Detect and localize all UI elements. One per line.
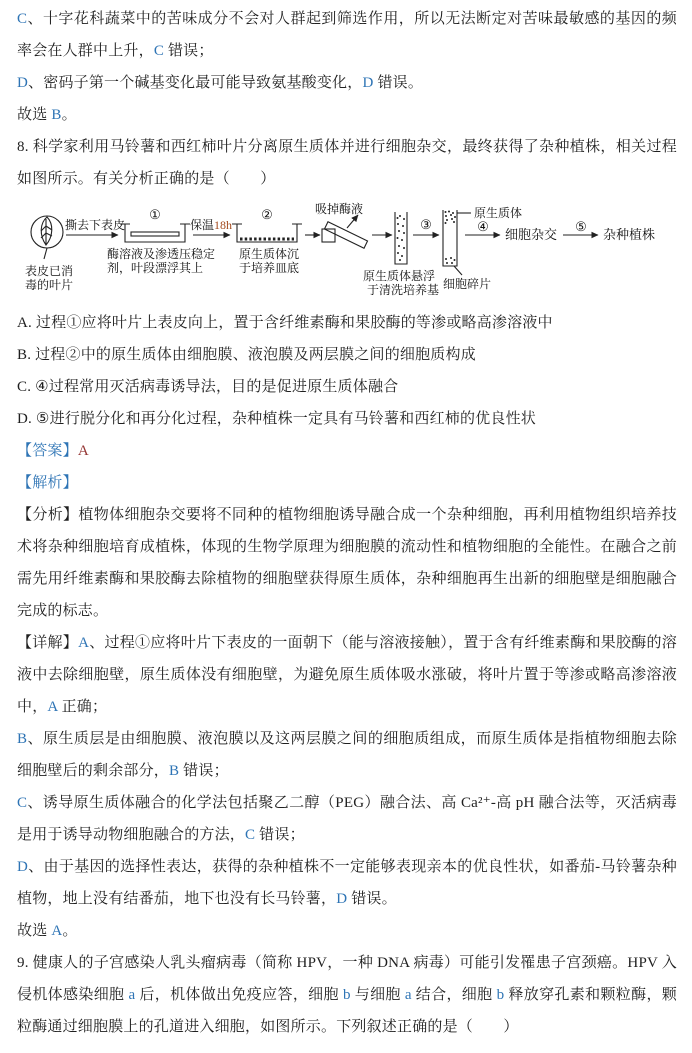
text-segment: a bbox=[405, 987, 412, 1003]
step5-circle-number: ⑤ bbox=[575, 219, 587, 234]
option-a: A. 过程①应将叶片上表皮向上，置于含纤维素酶和果胶酶的等渗或略高渗溶液中 bbox=[17, 307, 677, 339]
text-segment: C bbox=[17, 11, 27, 27]
step3-circle-number: ③ bbox=[420, 217, 432, 232]
tube1-caption-line2: 于清洗培养基 bbox=[367, 282, 439, 297]
aspirate-label: 吸掉酶液 bbox=[315, 202, 363, 216]
leaf-label-line1: 表皮已消 bbox=[25, 263, 73, 278]
tear-label: 撕去下表皮 bbox=[65, 217, 125, 232]
text-segment: 。 bbox=[62, 923, 77, 939]
text-segment: C. ④过程常用灭活病毒诱导法，目的是促进原生质体融合 bbox=[17, 379, 398, 395]
text-segment: D bbox=[336, 891, 347, 907]
text-segment: 、十字花科蔬菜中的苦味成分不会对人群起到筛选作用，所以无法断定对苦味最敏感的基因… bbox=[17, 11, 677, 59]
conclusion-q8: 故选 A。 bbox=[17, 915, 677, 947]
text-segment: B bbox=[51, 107, 61, 123]
text-segment: 错误； bbox=[255, 827, 305, 843]
text-segment: 8. 科学家利用马铃薯和西红柿叶片分离原生质体并进行细胞杂交，最终获得了杂种植株… bbox=[17, 139, 677, 187]
text-segment: 结合，细胞 bbox=[412, 987, 497, 1003]
question-9-stem: 9. 健康人的子宫感染人乳头瘤病毒（简称 HPV，一种 DNA 病毒）可能引发罹… bbox=[17, 947, 677, 1043]
text-segment: 正确； bbox=[58, 699, 108, 715]
text-segment: 、过程①应将叶片下表皮的一面朝下（能与溶液接触），置于含有纤维素酶和果胶酶的溶液… bbox=[17, 635, 677, 715]
dish2-caption-line2: 于培养皿底 bbox=[239, 260, 299, 275]
text-segment: C bbox=[154, 43, 164, 59]
text-segment: D bbox=[362, 75, 373, 91]
dish2-caption-line1: 原生质体沉 bbox=[239, 246, 299, 261]
step2-circle-number: ② bbox=[261, 207, 273, 222]
dish1-caption-line2: 剂，叶段漂浮其上 bbox=[107, 260, 203, 275]
text-segment: A. 过程①应将叶片上表皮向上，置于含纤维素酶和果胶酶的等渗或略高渗溶液中 bbox=[17, 315, 553, 331]
text-segment: 【答案】 bbox=[17, 443, 78, 459]
option-b: B. 过程②中的原生质体由细胞膜、液泡膜及两层膜之间的细胞质构成 bbox=[17, 339, 677, 371]
text-segment: b bbox=[343, 987, 351, 1003]
text-segment: 后，机体做出免疫应答，细胞 bbox=[135, 987, 343, 1003]
jiexi-label-line: 【解析】 bbox=[17, 467, 677, 499]
step4-circle-number: ④ bbox=[477, 219, 489, 234]
protoplast-label: 原生质体 bbox=[474, 205, 522, 220]
hybrid-label: 杂种植株 bbox=[603, 227, 655, 242]
text-segment: 、诱导原生质体融合的化学法包括聚乙二醇（PEG）融合法、高 Ca²⁺-高 pH … bbox=[17, 795, 677, 843]
tube1-caption-line1: 原生质体悬浮 bbox=[363, 268, 435, 283]
xiangjie-paragraph-a: 【详解】A、过程①应将叶片下表皮的一面朝下（能与溶液接触），置于含有纤维素酶和果… bbox=[17, 627, 677, 723]
text-segment: 错误； bbox=[164, 43, 214, 59]
dish2-icon bbox=[232, 224, 302, 242]
text-segment: 【详解】 bbox=[17, 635, 78, 651]
question-8-stem: 8. 科学家利用马铃薯和西红柿叶片分离原生质体并进行细胞杂交，最终获得了杂种植株… bbox=[17, 131, 677, 195]
xiangjie-paragraph-d: D、由于基因的选择性表达，获得的杂种植株不一定能够表现亲本的优良性状，如番茄-马… bbox=[17, 851, 677, 915]
tilted-dish-icon bbox=[322, 215, 368, 248]
text-segment: A bbox=[47, 699, 57, 715]
dish1-icon bbox=[120, 224, 190, 242]
xiangjie-paragraph-b: B、原生质层是由细胞膜、液泡膜以及这两层膜之间的细胞质组成，而原生质体是指植物细… bbox=[17, 723, 677, 787]
text-segment: 与细胞 bbox=[351, 987, 405, 1003]
text-segment: 错误。 bbox=[347, 891, 397, 907]
fenxi-paragraph: 【分析】植物体细胞杂交要将不同种的植物细胞诱导融合成一个杂种细胞，再利用植物组织… bbox=[17, 499, 677, 627]
fusion-label: 细胞杂交 bbox=[505, 227, 557, 242]
text-segment: A bbox=[51, 923, 62, 939]
text-segment: 【解析】 bbox=[17, 475, 78, 491]
debris-label: 细胞碎片 bbox=[443, 276, 491, 291]
leaf-label-line2: 毒的叶片 bbox=[25, 277, 73, 292]
analysis-line-d: D、密码子第一个碱基变化最可能导致氨基酸变化，D 错误。 bbox=[17, 67, 677, 99]
text-segment: A bbox=[78, 635, 89, 651]
leaf-icon bbox=[31, 216, 63, 259]
text-segment: 【分析】植物体细胞杂交要将不同种的植物细胞诱导融合成一个杂种细胞，再利用植物组织… bbox=[17, 507, 677, 619]
text-segment: D bbox=[17, 859, 28, 875]
text-segment: 。 bbox=[62, 107, 77, 123]
text-segment: 故选 bbox=[17, 923, 51, 939]
text-segment: B bbox=[169, 763, 179, 779]
conclusion-q7: 故选 B。 bbox=[17, 99, 677, 131]
text-segment: C bbox=[245, 827, 255, 843]
answer-line: 【答案】A bbox=[17, 435, 677, 467]
text-segment: 故选 bbox=[17, 107, 51, 123]
option-d: D. ⑤进行脱分化和再分化过程，杂种植株一定具有马铃薯和西红柿的优良性状 bbox=[17, 403, 677, 435]
option-c: C. ④过程常用灭活病毒诱导法，目的是促进原生质体融合 bbox=[17, 371, 677, 403]
text-segment: B bbox=[17, 731, 27, 747]
text-segment: D bbox=[17, 75, 28, 91]
text-segment: 、密码子第一个碱基变化最可能导致氨基酸变化， bbox=[28, 75, 362, 91]
text-segment: D. ⑤进行脱分化和再分化过程，杂种植株一定具有马铃薯和西红柿的优良性状 bbox=[17, 411, 536, 427]
text-segment: 错误。 bbox=[374, 75, 424, 91]
text-segment: A bbox=[78, 443, 89, 459]
text-segment: 、原生质层是由细胞膜、液泡膜以及这两层膜之间的细胞质组成，而原生质体是指植物细胞… bbox=[17, 731, 677, 779]
exam-document: C、十字花科蔬菜中的苦味成分不会对人群起到筛选作用，所以无法断定对苦味最敏感的基… bbox=[0, 0, 692, 1053]
xiangjie-paragraph-c: C、诱导原生质体融合的化学法包括聚乙二醇（PEG）融合法、高 Ca²⁺-高 pH… bbox=[17, 787, 677, 851]
text-segment: 错误； bbox=[179, 763, 229, 779]
protoplast-fusion-diagram: 表皮已消 毒的叶片 撕去下表皮 ① 酶溶液及渗透压稳定 剂，叶段漂浮其上 保温1… bbox=[19, 202, 677, 303]
incubate-label: 保温18h bbox=[190, 218, 232, 232]
dish1-caption-line1: 酶溶液及渗透压稳定 bbox=[107, 246, 215, 261]
protoplast-fusion-diagram-svg: 表皮已消 毒的叶片 撕去下表皮 ① 酶溶液及渗透压稳定 剂，叶段漂浮其上 保温1… bbox=[19, 202, 675, 298]
analysis-line-c: C、十字花科蔬菜中的苦味成分不会对人群起到筛选作用，所以无法断定对苦味最敏感的基… bbox=[17, 3, 677, 67]
step1-circle-number: ① bbox=[149, 207, 161, 222]
text-segment: C bbox=[17, 795, 27, 811]
text-segment: B. 过程②中的原生质体由细胞膜、液泡膜及两层膜之间的细胞质构成 bbox=[17, 347, 476, 363]
